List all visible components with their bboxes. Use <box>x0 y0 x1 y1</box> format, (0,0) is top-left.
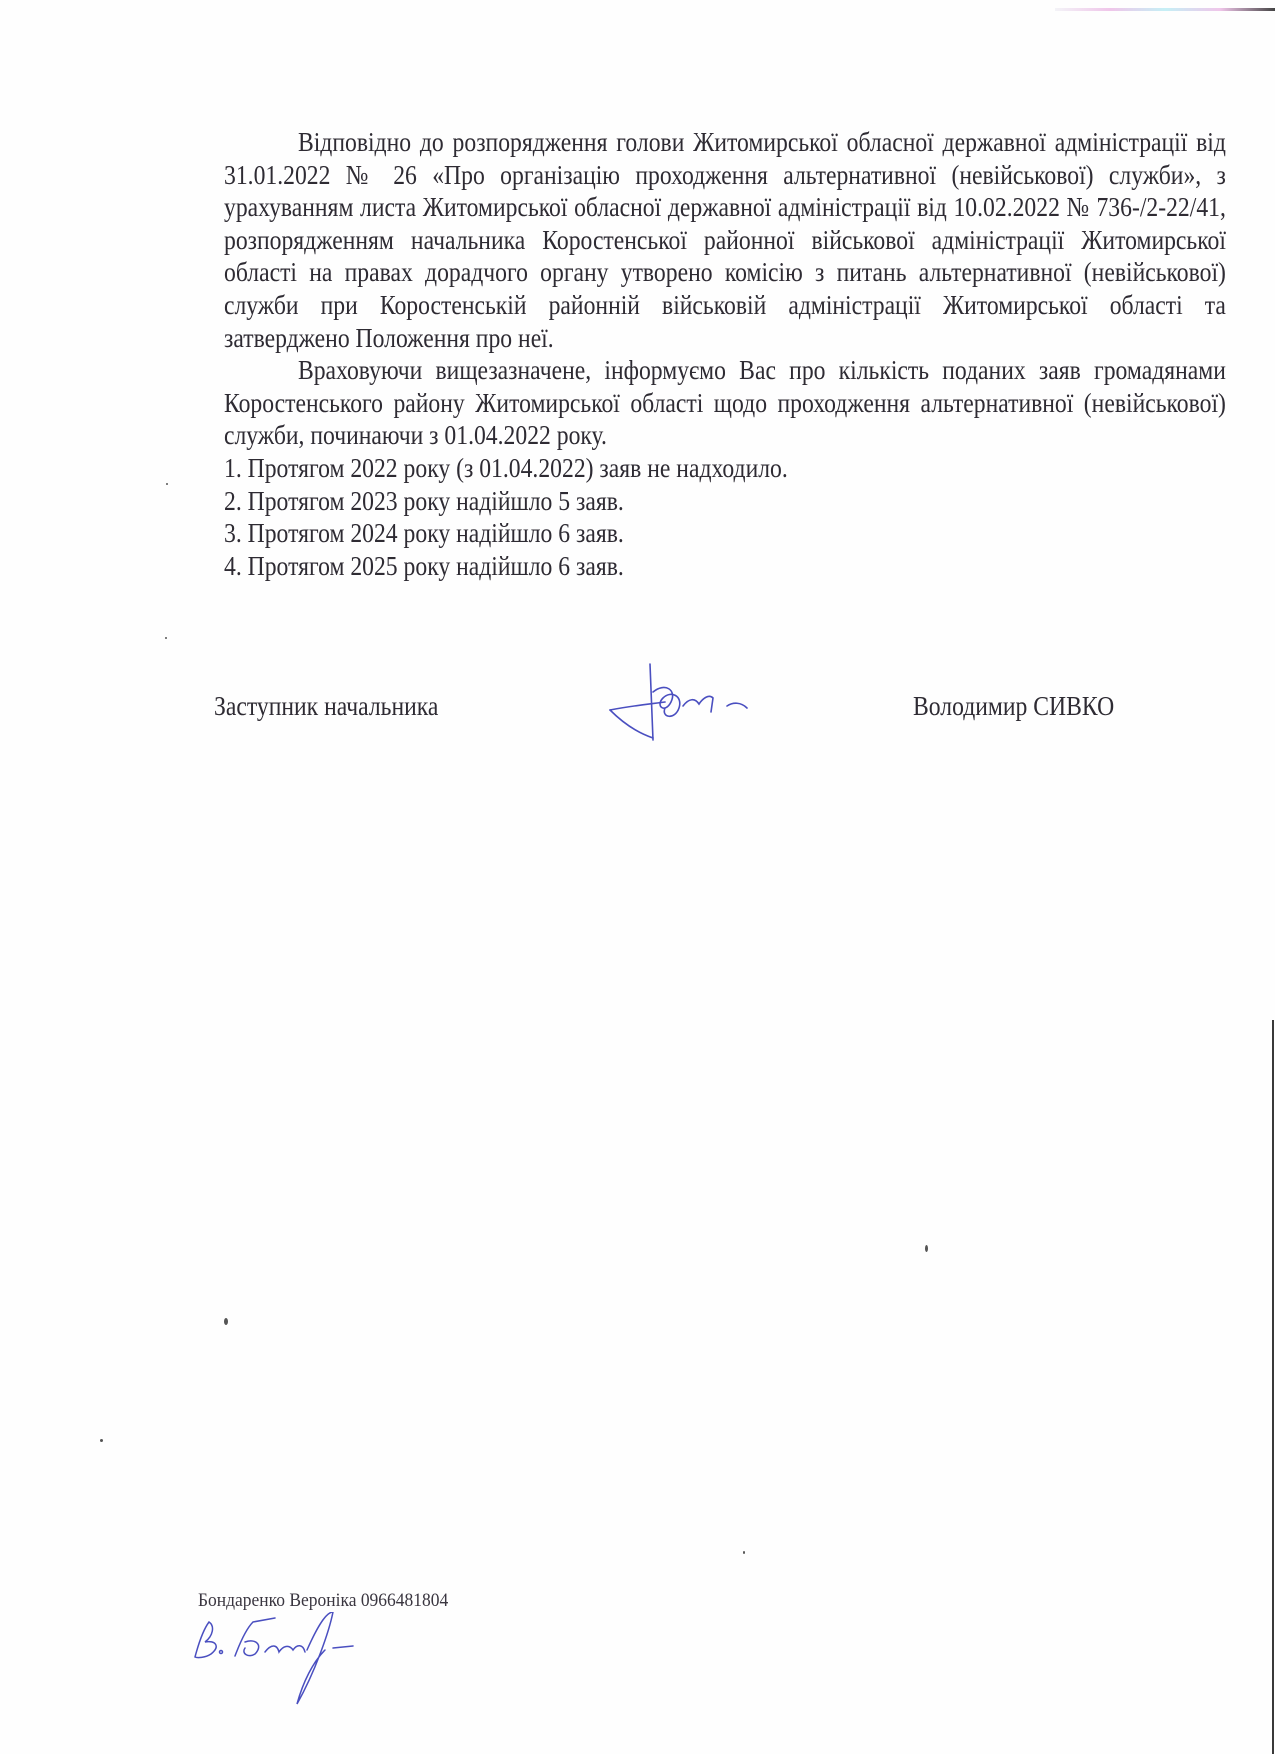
signatory-name: Володимир СИВКО <box>913 690 1114 722</box>
scan-artifact-top <box>1055 8 1275 11</box>
list-item-2022: 1. Протягом 2022 року (з 01.04.2022) зая… <box>224 452 1226 485</box>
scan-speck <box>743 1551 745 1554</box>
scan-artifact-right-edge <box>1272 1020 1274 1754</box>
paragraph-commission: Відповідно до розпорядження голови Житом… <box>224 126 1226 354</box>
list-item-2023: 2. Протягом 2023 року надійшло 5 заяв. <box>224 485 1226 518</box>
list-item-2025: 4. Протягом 2025 року надійшло 6 заяв. <box>224 550 1226 583</box>
letter-body: Відповідно до розпорядження голови Житом… <box>224 126 1226 582</box>
document-page: Відповідно до розпорядження голови Житом… <box>0 0 1275 1754</box>
signatory-position: Заступник начальника <box>214 690 438 722</box>
list-item-2024: 3. Протягом 2024 року надійшло 6 заяв. <box>224 517 1226 550</box>
scan-speck <box>224 1318 228 1325</box>
scan-speck <box>925 1245 928 1252</box>
scan-speck <box>166 483 168 485</box>
executor-contact: Бондаренко Вероніка 0966481804 <box>198 1590 448 1612</box>
handwritten-signature-icon <box>605 662 815 742</box>
executor-signature-icon <box>185 1612 385 1707</box>
scan-speck <box>165 637 167 639</box>
scan-speck <box>100 1439 103 1442</box>
paragraph-informing: Враховуючи вищезазначене, інформуємо Вас… <box>224 354 1226 452</box>
